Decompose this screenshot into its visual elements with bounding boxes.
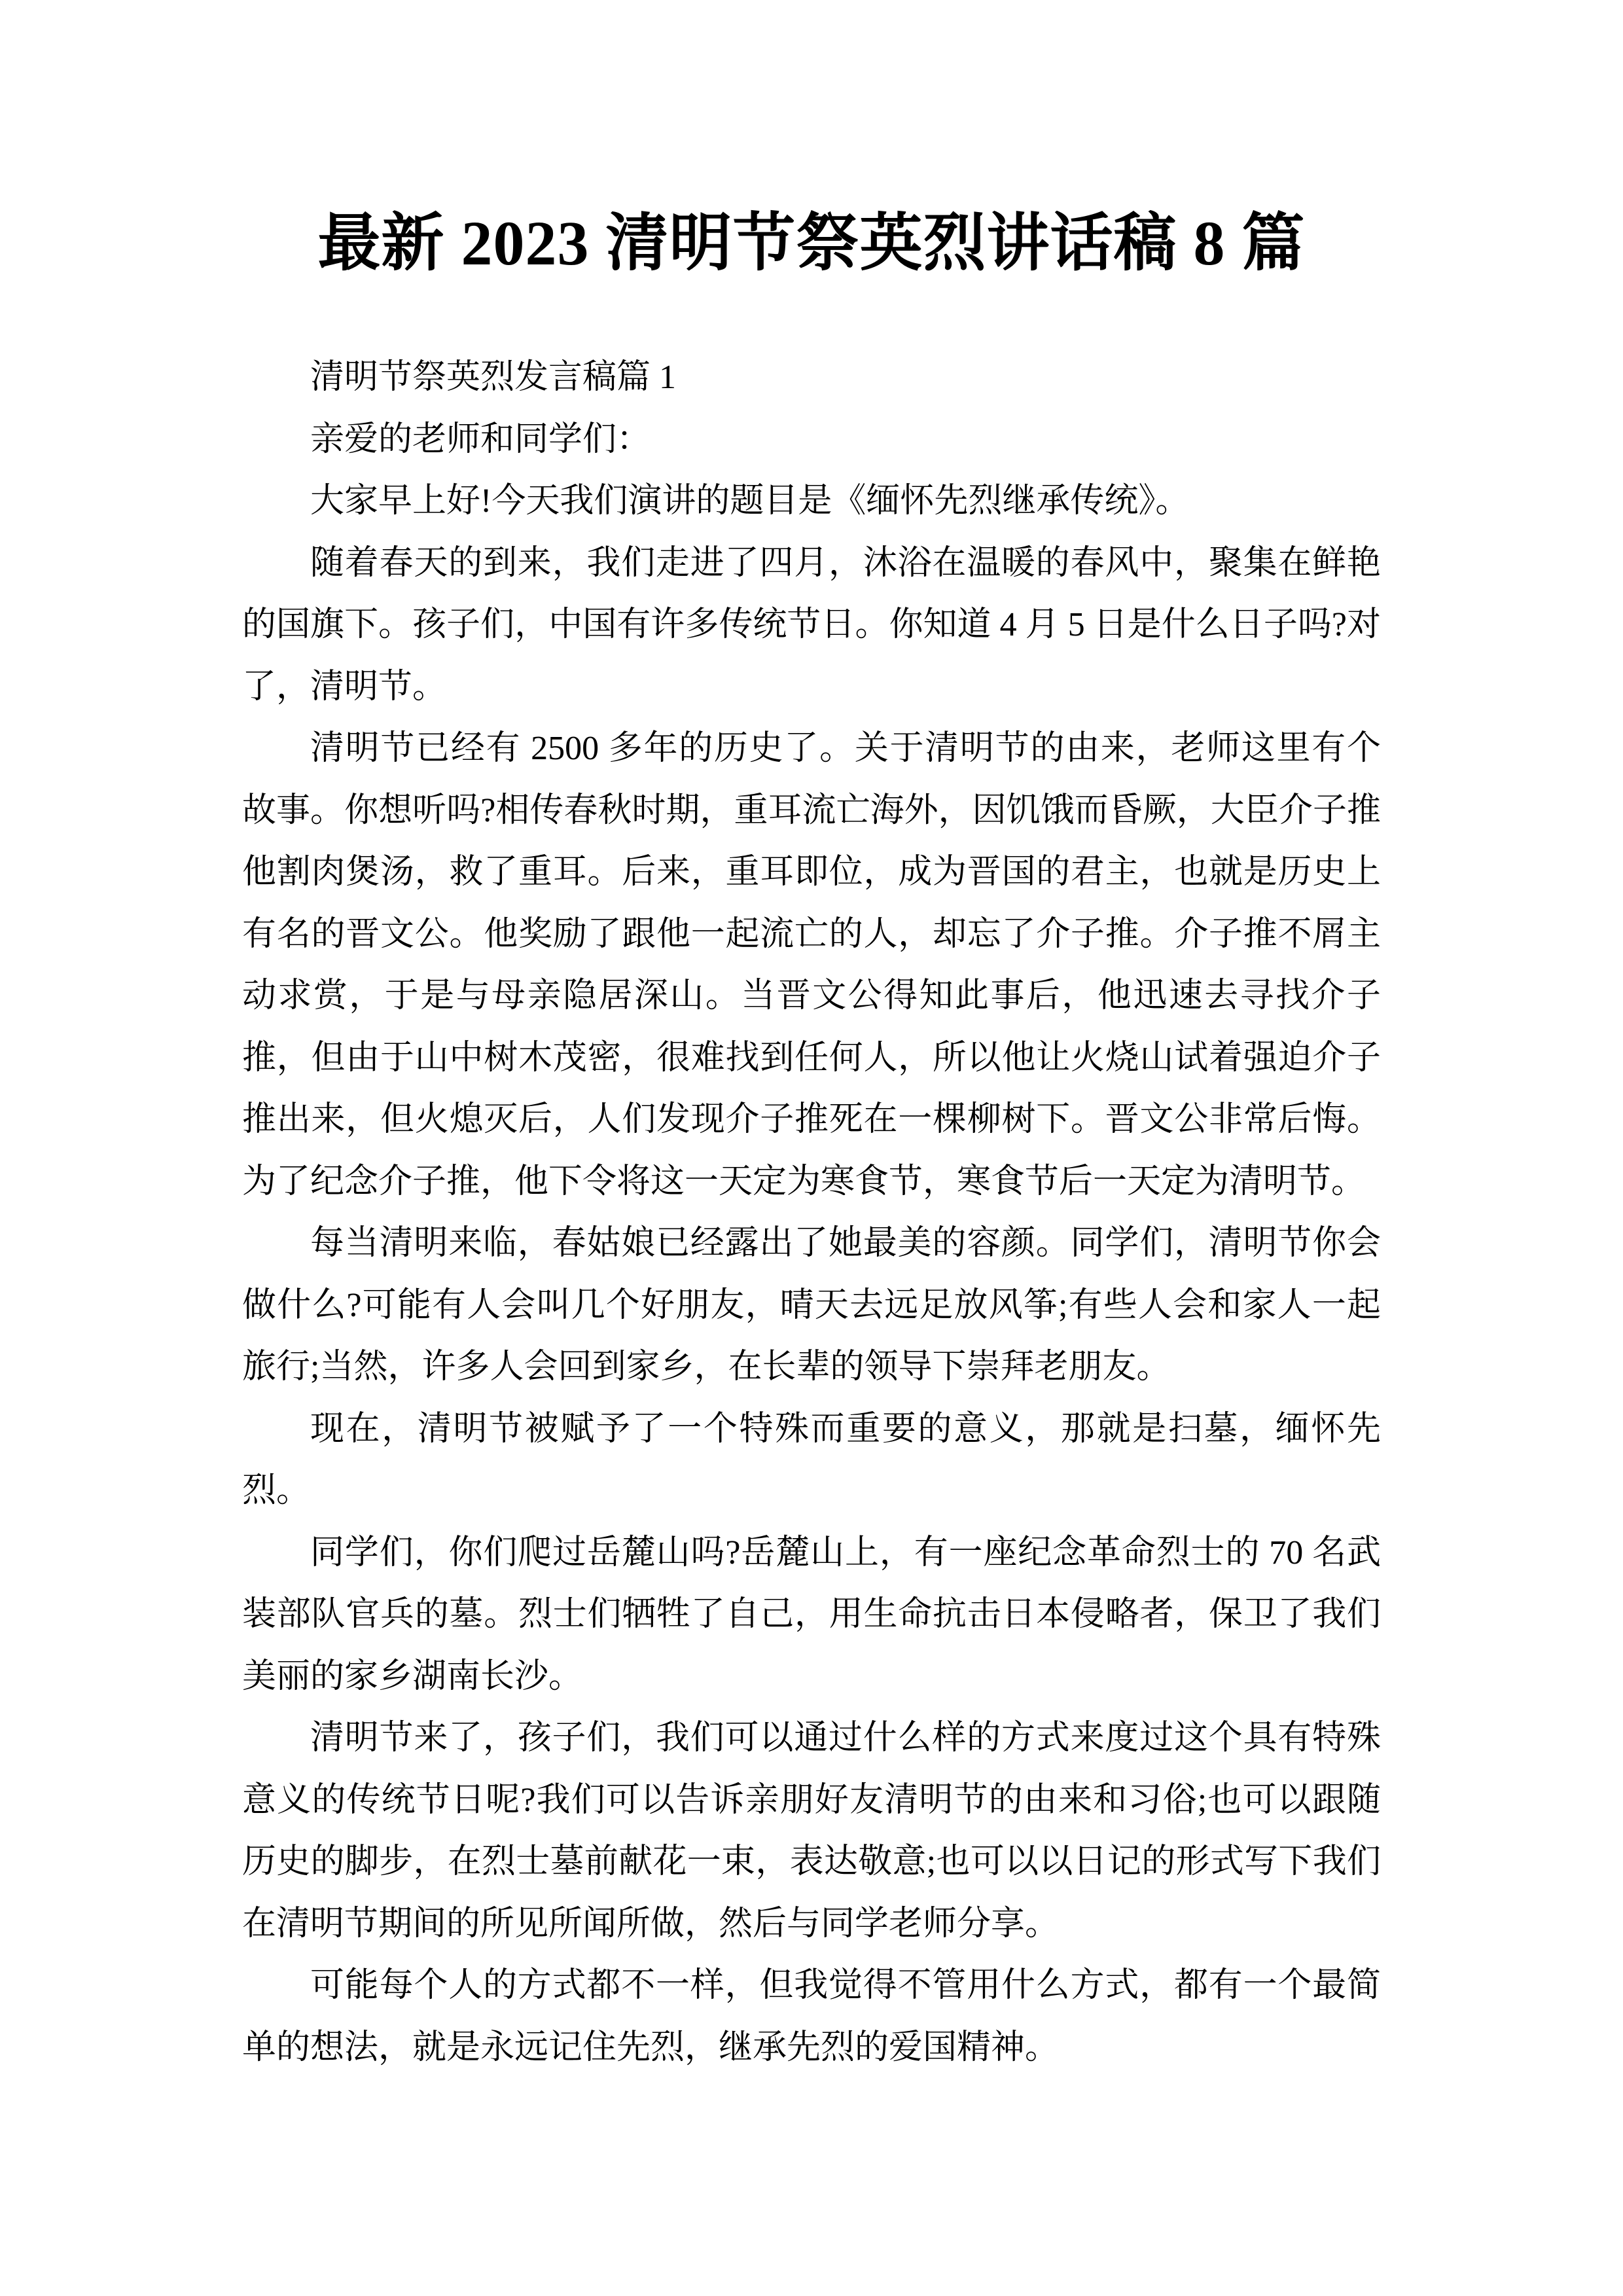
paragraph: 每当清明来临，春姑娘已经露出了她最美的容颜。同学们，清明节你会做什么?可能有人会… [242, 1213, 1381, 1399]
paragraph: 大家早上好!今天我们演讲的题目是《缅怀先烈继承传统》。 [242, 471, 1381, 533]
paragraph: 清明节已经有 2500 多年的历史了。关于清明节的由来，老师这里有个故事。你想听… [242, 718, 1381, 1213]
paragraph: 可能每个人的方式都不一样，但我觉得不管用什么方式，都有一个最简单的想法，就是永远… [242, 1955, 1381, 2079]
paragraph: 同学们，你们爬过岳麓山吗?岳麓山上，有一座纪念革命烈士的 70 名武装部队官兵的… [242, 1522, 1381, 1708]
document-body: 清明节祭英烈发言稿篇 1亲爱的老师和同学们：大家早上好!今天我们演讲的题目是《缅… [242, 347, 1381, 2079]
paragraph: 清明节祭英烈发言稿篇 1 [242, 347, 1381, 409]
paragraph: 随着春天的到来，我们走进了四月，沐浴在温暖的春风中，聚集在鲜艳的国旗下。孩子们，… [242, 533, 1381, 719]
document-page: 最新 2023 清明节祭英烈讲话稿 8 篇 清明节祭英烈发言稿篇 1亲爱的老师和… [0, 0, 1623, 2296]
paragraph: 清明节来了，孩子们，我们可以通过什么样的方式来度过这个具有特殊意义的传统节日呢?… [242, 1708, 1381, 1955]
paragraph: 现在，清明节被赋予了一个特殊而重要的意义，那就是扫墓，缅怀先烈。 [242, 1399, 1381, 1522]
document-title: 最新 2023 清明节祭英烈讲话稿 8 篇 [242, 0, 1381, 280]
paragraph: 亲爱的老师和同学们： [242, 409, 1381, 471]
